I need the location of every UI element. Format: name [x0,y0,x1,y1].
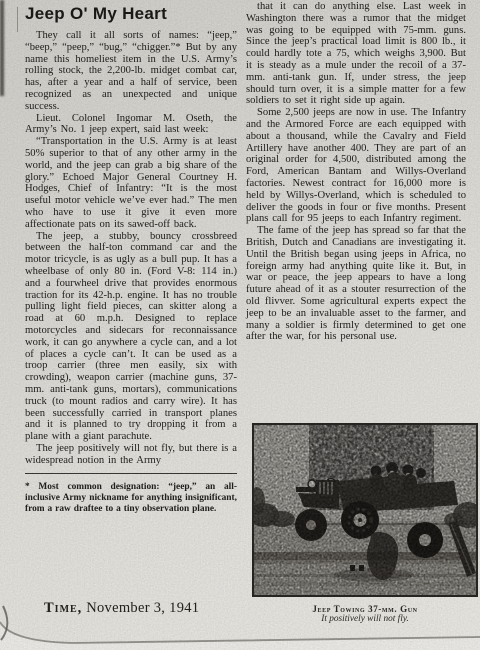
left-column: Jeep O' My Heart They call it all sorts … [25,4,237,514]
article-paragraph: “Transportation in the U.S. Army is at l… [25,136,237,230]
article-paragraph: that it can do anything else. Last week … [246,1,466,107]
photo-caption-title: Jeep Towing 37-mm. Gun [252,604,478,614]
magazine-page: Jeep O' My Heart They call it all sorts … [0,0,480,650]
photo-caption: Jeep Towing 37-mm. Gun It positively wil… [252,604,478,625]
right-column: that it can do anything else. Last week … [246,1,466,343]
magazine-name: Time, [44,600,82,616]
issue-date: November 3, 1941 [86,600,199,616]
magazine-footer: Time, November 3, 1941 [44,600,199,617]
footnote-divider [25,473,237,474]
scan-mark-artifact [17,7,18,32]
article-paragraph: The jeep positively will not fly, but th… [25,443,237,467]
article-paragraph: Some 2,500 jeeps are now in use. The Inf… [246,107,466,225]
article-paragraph: Lieut. Colonel Ingomar M. Oseth, the Arm… [25,113,237,137]
photo-caption-subtitle: It positively will not fly. [252,614,478,625]
jeep-photo-illustration [254,425,476,595]
footnote: * Most common designation: “jeep,” an al… [25,482,237,514]
jeep-photo [252,423,478,597]
article-paragraph: The jeep, a stubby, bouncy crossbreed be… [25,231,237,443]
scan-edge-artifact [0,0,4,96]
article-title: Jeep O' My Heart [25,4,237,24]
article-paragraph: They call it all sorts of names: “jeep,”… [25,30,237,113]
article-paragraph: The fame of the jeep has spread so far t… [246,225,466,343]
